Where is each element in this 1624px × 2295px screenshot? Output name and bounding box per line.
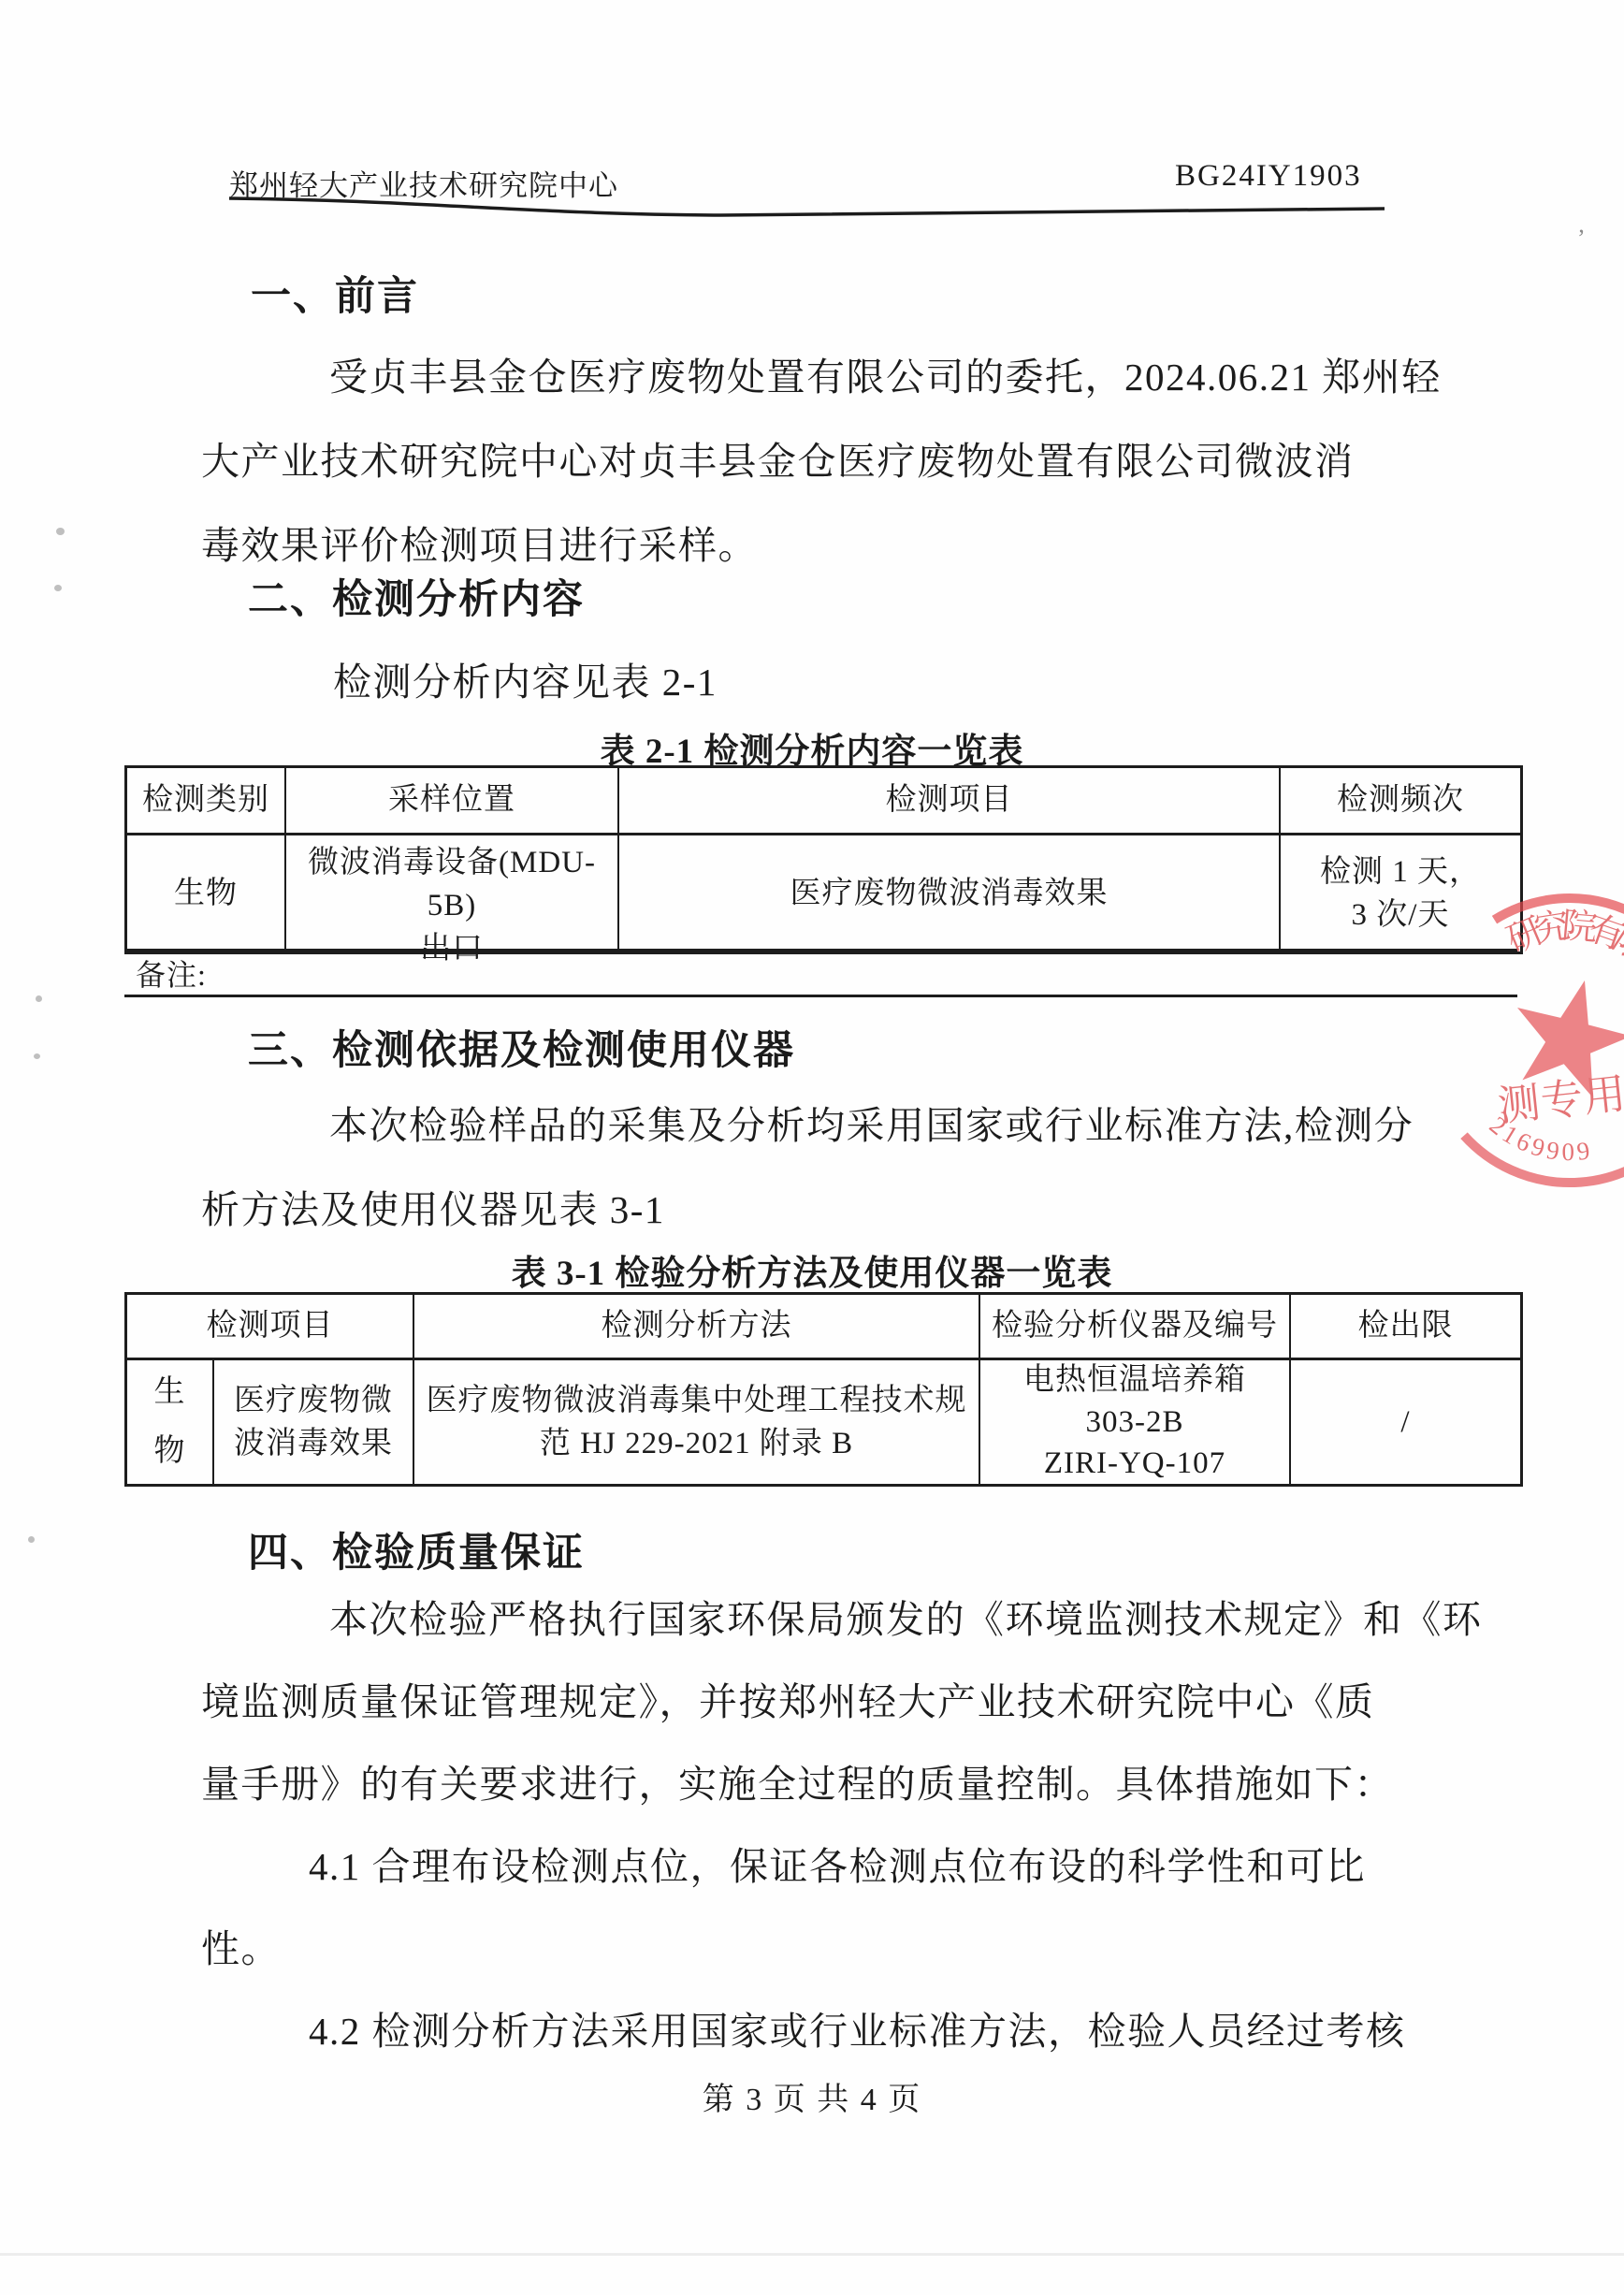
item-line-2: 波消毒效果 [234,1422,393,1465]
section-4-item-41-line-1: 4.1 合理布设检测点位，保证各检测点位布设的科学性和可比 [309,1836,1366,1891]
table-2-1-cell-position: 微波消毒设备(MDU-5B) 出口 [284,835,617,951]
section-3-line-1: 本次检验样品的采集及分析均采用国家或行业标准方法,检测分 [329,1095,1414,1150]
section-1-line-2: 大产业技术研究院中心对贞丰县金仓医疗废物处置有限公司微波消 [201,430,1355,486]
table-2-1-note-row: 备注: [124,949,1517,997]
table-3-1-cell-limit: / [1289,1360,1520,1484]
frequency-line-2: 3 次/天 [1352,893,1450,937]
instrument-line-3: ZIRI-YQ-107 [1044,1443,1225,1485]
section-3-heading: 三、检测依据及检测使用仪器 [248,1019,795,1076]
table-2-1-header-category: 检测类别 [127,768,284,835]
position-line-1: 微波消毒设备(MDU-5B) [286,841,617,927]
note-label: 备注: [136,951,207,995]
category-vertical-text: 生物 [152,1363,186,1480]
table-3-1: 检测项目 检测分析方法 检验分析仪器及编号 检出限 生物 医疗废物微 波消毒效果… [124,1292,1523,1487]
section-3-line-2: 析方法及使用仪器见表 3-1 [201,1179,665,1234]
document-page: 郑州轻大产业技术研究院中心 BG24IY1903 一、前言 受贞丰县金仓医疗废物… [0,0,1624,2295]
scan-tick-mark: ’ [1577,225,1586,253]
scan-speck [54,585,62,591]
section-4-heading: 四、检验质量保证 [248,1521,585,1578]
table-3-1-title: 表 3-1 检验分析方法及使用仪器一览表 [0,1244,1624,1295]
table-2-1-header-item: 检测项目 [617,768,1279,835]
official-stamp-seal: 研 究 院 有 限 公 测专用章 2169909 [1459,870,1624,1244]
table-3-1-cell-category: 生物 [127,1360,212,1484]
section-4-line-1: 本次检验严格执行国家环保局颁发的《环境监测技术规定》和《环 [329,1589,1483,1644]
section-4-item-42: 4.2 检测分析方法采用国家或行业标准方法，检验人员经过考核 [309,2000,1406,2055]
scan-speck [36,995,42,1002]
section-1-heading: 一、前言 [251,265,419,322]
section-1-line-1: 受贞丰县金仓医疗废物处置有限公司的委托，2024.06.21 郑州轻 [329,346,1442,401]
scan-speck [56,528,65,535]
table-3-1-cell-item: 医疗废物微 波消毒效果 [212,1360,413,1484]
header-rule [0,0,1624,243]
method-line-2: 范 HJ 229-2021 附录 B [540,1422,853,1465]
stamp-label: 测专用章 [1496,1066,1624,1130]
table-3-1-header-method: 检测分析方法 [413,1295,979,1360]
table-3-1-header-instrument: 检验分析仪器及编号 [979,1295,1289,1360]
scan-speck [28,1536,35,1543]
section-4-line-2: 境监测质量保证管理规定》，并按郑州轻大产业技术研究院中心《质 [201,1671,1375,1726]
table-3-1-header-limit: 检出限 [1289,1295,1520,1360]
section-4-line-3: 量手册》的有关要求进行，实施全过程的质量控制。具体措施如下： [201,1753,1394,1808]
section-2-heading: 二、检测分析内容 [248,568,585,625]
instrument-line-1: 电热恒温培养箱 [1023,1359,1246,1402]
scan-speck [34,1053,40,1059]
table-3-1-cell-instrument: 电热恒温培养箱 303-2B ZIRI-YQ-107 [979,1360,1289,1484]
table-2-1: 检测类别 采样位置 检测项目 检测频次 生物 微波消毒设备(MDU-5B) 出口… [124,765,1523,954]
frequency-line-1: 检测 1 天， [1320,850,1481,893]
instrument-line-2: 303-2B [1086,1402,1184,1444]
scan-edge-line [0,2253,1624,2256]
table-2-1-header-position: 采样位置 [284,768,617,835]
section-2-intro: 检测分析内容见表 2-1 [333,651,718,706]
table-2-1-cell-item: 医疗废物微波消毒效果 [617,835,1279,951]
table-2-1-header-frequency: 检测频次 [1279,768,1520,835]
table-3-1-cell-method: 医疗废物微波消毒集中处理工程技术规 范 HJ 229-2021 附录 B [413,1360,979,1484]
item-line-1: 医疗废物微 [234,1379,393,1422]
method-line-1: 医疗废物微波消毒集中处理工程技术规 [427,1379,967,1422]
section-4-item-41-line-2: 性。 [201,1918,281,1973]
table-2-1-cell-category: 生物 [127,835,284,951]
section-1-line-3: 毒效果评价检测项目进行采样。 [201,515,758,570]
page-number: 第 3 页 共 4 页 [0,2073,1624,2119]
table-3-1-header-item: 检测项目 [127,1295,413,1360]
